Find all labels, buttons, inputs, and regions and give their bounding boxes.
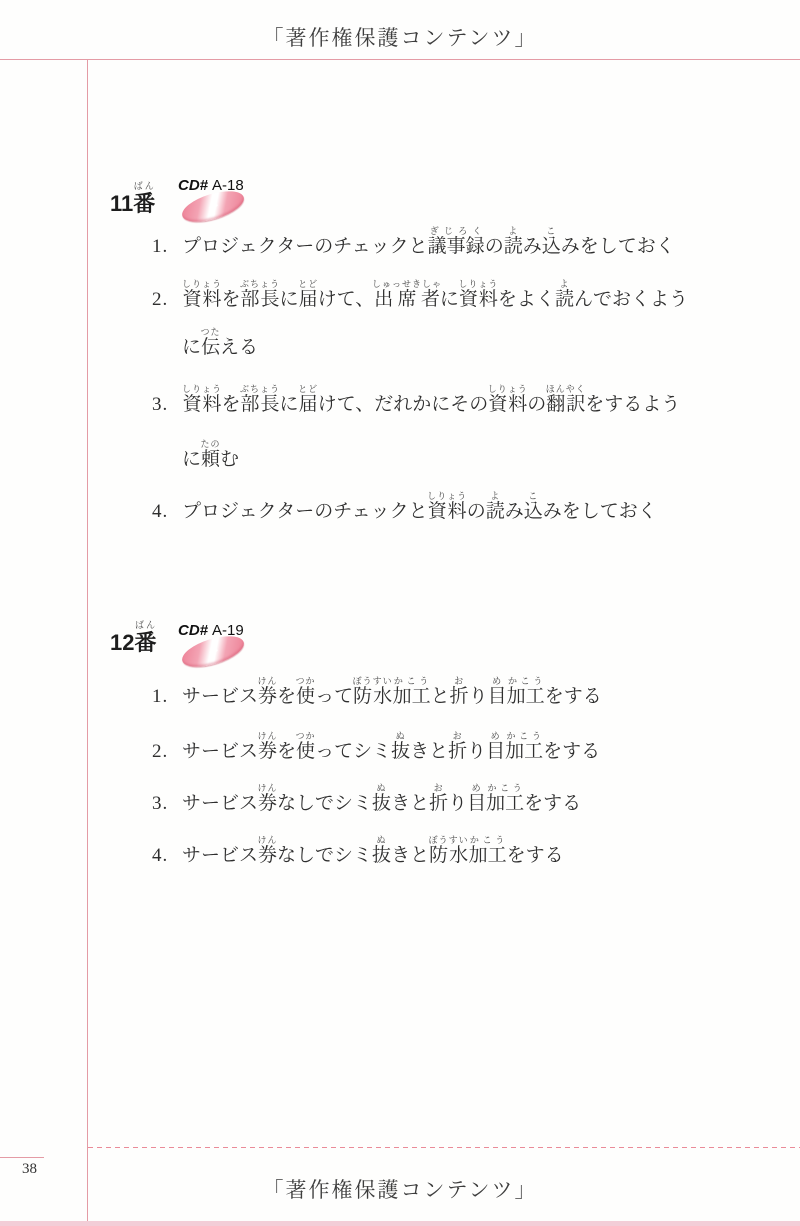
option-text: サービス券けんを使つかって防水ぼうすい加工かこうと折おり目め加工かこうをする — [182, 686, 602, 707]
q12-option-4: 4.サービス券けんなしでシミ抜ぬきと防水ぼうすい加工かこうをする — [152, 835, 564, 868]
cd-track-label: CD#A-19 — [178, 622, 244, 639]
option-text: 資料しりょうを部長ぶちょうに届とどけて、だれかにその資料しりょうの翻訳ほんやくを… — [182, 394, 680, 415]
cd-track-badge-a19: CD#A-19 — [178, 622, 268, 674]
option-text: サービス券けんを使つかってシミ抜ぬきと折おり目め加工かこうをする — [182, 741, 600, 762]
option-text: 資料しりょうを部長ぶちょうに届とどけて、出席者しゅっせきしゃに資料しりょうをよく… — [182, 289, 688, 310]
option-number: 2. — [152, 288, 182, 312]
question-11-digits: 11 — [110, 191, 133, 216]
option-text: に頼たのむ — [182, 449, 239, 470]
option-text: に伝つたえる — [182, 337, 258, 358]
q11-option-1: 1.プロジェクターのチェックと議事録ぎじろくの読よみ込こみをしておく — [152, 226, 675, 259]
footer-bar — [0, 1221, 800, 1226]
question-11-number: 11番ばん — [110, 181, 155, 215]
q11-option-4: 4.プロジェクターのチェックと資料しりょうの読よみ込こみをしておく — [152, 491, 657, 524]
option-text: サービス券けんなしでシミ抜ぬきと折おり目め加工かこうをする — [182, 793, 581, 814]
question-counter: 番ばん — [133, 191, 155, 216]
option-text: サービス券けんなしでシミ抜ぬきと防水ぼうすい加工かこうをする — [182, 845, 564, 866]
copyright-banner-bottom: 「著作権保護コンテンツ」 — [0, 1174, 800, 1204]
question-counter: 番ばん — [134, 630, 156, 655]
q11-option-2: 2.資料しりょうを部長ぶちょうに届とどけて、出席者しゅっせきしゃに資料しりょうを… — [152, 279, 688, 312]
q11-option-2-continuation: に伝つたえる — [182, 327, 258, 360]
option-number: 1. — [152, 685, 182, 709]
option-number: 4. — [152, 500, 182, 524]
option-text: プロジェクターのチェックと議事録ぎじろくの読よみ込こみをしておく — [182, 236, 675, 257]
option-number: 3. — [152, 792, 182, 816]
option-number: 4. — [152, 844, 182, 868]
cd-track-label: CD#A-18 — [178, 177, 244, 194]
cd-track-badge-a18: CD#A-18 — [178, 177, 268, 229]
question-12-number: 12番ばん — [110, 620, 157, 654]
top-rule — [0, 59, 800, 60]
copyright-banner-top: 「著作権保護コンテンツ」 — [0, 22, 800, 52]
q12-option-2: 2.サービス券けんを使つかってシミ抜ぬきと折おり目め加工かこうをする — [152, 731, 600, 764]
q11-option-3: 3.資料しりょうを部長ぶちょうに届とどけて、だれかにその資料しりょうの翻訳ほんや… — [152, 384, 680, 417]
option-number: 3. — [152, 393, 182, 417]
q11-option-3-continuation: に頼たのむ — [182, 439, 239, 472]
q12-option-3: 3.サービス券けんなしでシミ抜ぬきと折おり目め加工かこうをする — [152, 783, 581, 816]
footer-dashed-rule — [88, 1147, 800, 1148]
left-margin-rule — [87, 59, 88, 1221]
scanned-test-page: 「著作権保護コンテンツ」 11番ばん CD#A-18 1.プロジェクターのチェッ… — [0, 0, 800, 1226]
option-number: 1. — [152, 235, 182, 259]
option-text: プロジェクターのチェックと資料しりょうの読よみ込こみをしておく — [182, 501, 657, 522]
page-number-rule — [0, 1157, 44, 1158]
q12-option-1: 1.サービス券けんを使つかって防水ぼうすい加工かこうと折おり目め加工かこうをする — [152, 676, 602, 709]
question-12-digits: 12 — [110, 630, 134, 655]
option-number: 2. — [152, 740, 182, 764]
